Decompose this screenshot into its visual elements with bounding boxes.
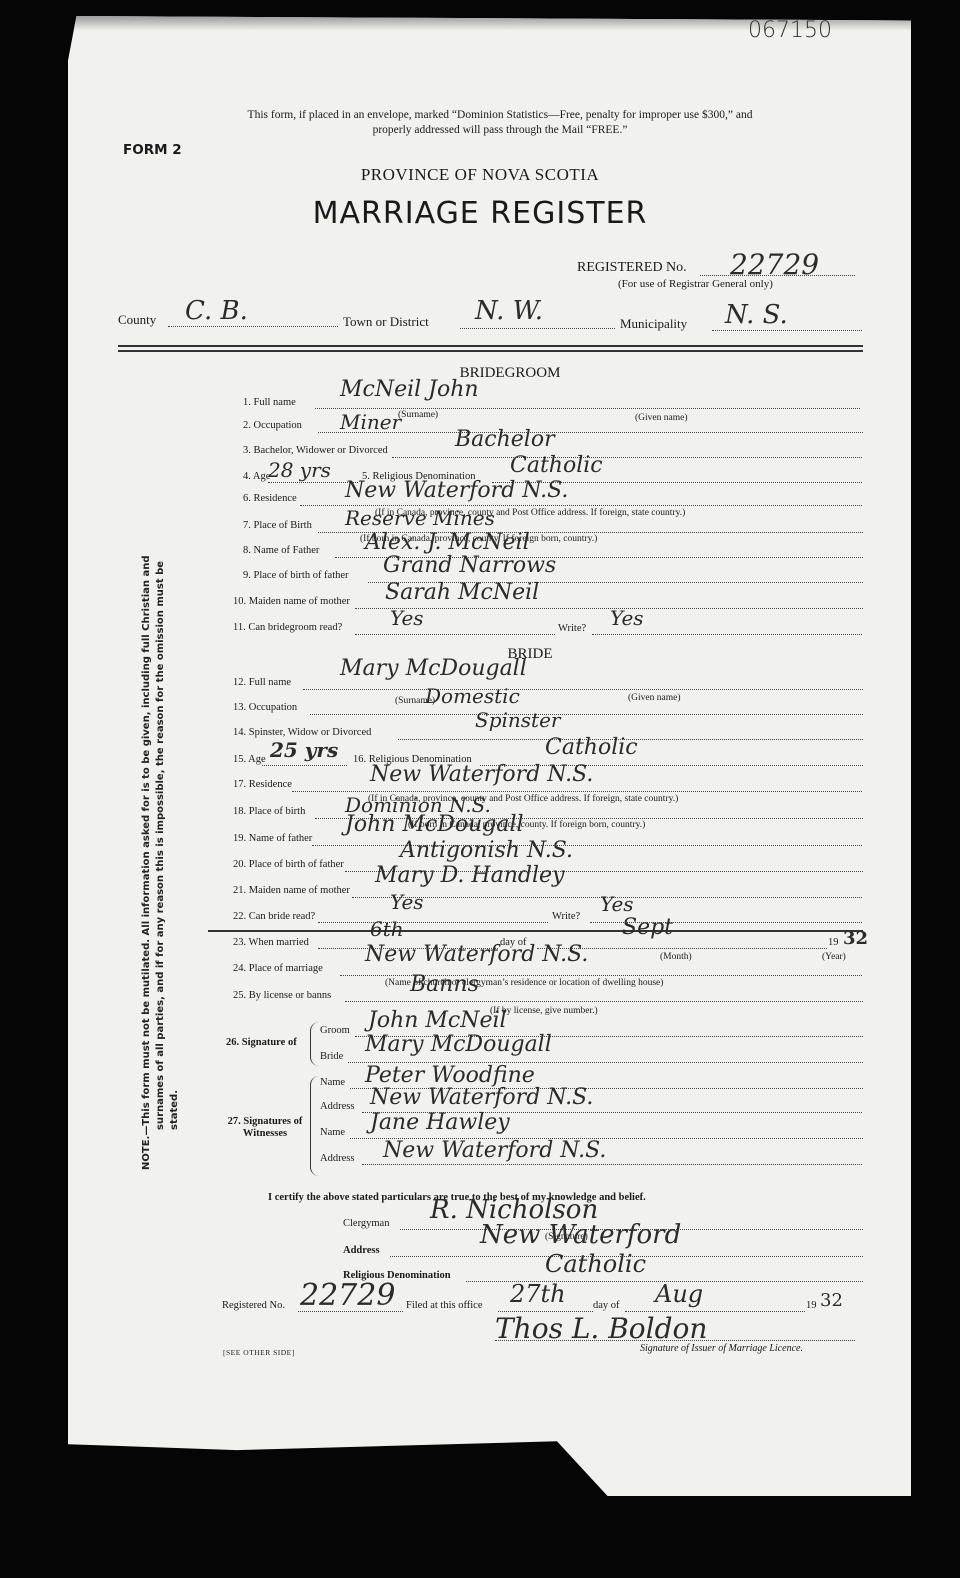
license-banns-label: 25. By license or banns [233,990,331,1001]
groom-father-label: 8. Name of Father [243,545,319,556]
groom-surname-hint: (Surname) [398,410,438,420]
bride-divider [208,930,863,932]
license-banns-field[interactable]: Banns [410,972,479,997]
clergyman-address-label: Address [343,1245,380,1256]
witness-brace [310,1076,319,1176]
groom-write-label: Write? [558,623,586,634]
marriage-register-page [68,16,911,1496]
groom-read-field[interactable]: Yes [390,606,424,630]
groom-write-field[interactable]: Yes [610,606,644,630]
place-of-marriage-label: 24. Place of marriage [233,963,323,974]
witnesses-label: 27. Signatures of Witnesses [215,1116,315,1140]
filed-day-field[interactable]: 27th [510,1280,566,1308]
groom-occupation-field[interactable]: Miner [340,410,401,434]
witness2-address-label: Address [320,1153,354,1164]
bride-mother-field[interactable]: Mary D. Handley [375,863,564,888]
header-divider [118,345,863,347]
bride-residence-field[interactable]: New Waterford N.S. [370,762,593,787]
groom-full-name-field[interactable]: McNeil John [340,377,479,402]
bride-occupation-field[interactable]: Domestic [425,684,520,708]
side-note-line2: surnames of all parties, and if for any … [154,550,182,1170]
bride-full-name-label: 12. Full name [233,677,291,688]
municipality-label: Municipality [620,316,687,332]
witness1-address-label: Address [320,1101,354,1112]
groom-mother-field[interactable]: Sarah McNeil [385,580,539,605]
bride-full-name-field[interactable]: Mary McDougall [340,656,527,681]
groom-status-label: 3. Bachelor, Widower or Divorced [243,445,388,456]
see-other-side-note: [SEE OTHER SIDE] [223,1348,295,1357]
groom-age-field[interactable]: 28 yrs [268,458,331,482]
bride-father-field[interactable]: John McDougall [345,812,524,837]
witness2-name-field[interactable]: Jane Hawley [370,1110,510,1135]
issuer-signature-field[interactable]: Thos L. Boldon [495,1312,707,1345]
groom-mother-label: 10. Maiden name of mother [233,596,350,607]
groom-father-birthplace-field[interactable]: Grand Narrows [383,553,556,578]
month-hint: (Month) [660,952,692,962]
bride-occupation-label: 13. Occupation [233,702,297,713]
groom-age-label: 4. Age [243,471,270,482]
groom-read-label: 11. Can bridegroom read? [233,622,342,633]
county-label: County [118,312,156,328]
clergyman-address-field[interactable]: New Waterford [480,1220,681,1250]
side-note: NOTE.—This form must not be mutilated. A… [140,550,182,1170]
bride-write-field[interactable]: Yes [600,892,634,916]
registered-number-label: REGISTERED No. [577,260,687,276]
groom-occupation-label: 2. Occupation [243,420,302,431]
postal-notice-line2: properly addressed will pass through the… [150,123,850,138]
side-note-line1: NOTE.—This form must not be mutilated. A… [140,550,154,1170]
signature-brace [310,1022,319,1066]
year-prefix: 19 [828,937,839,948]
issuer-label: Signature of Issuer of Marriage Licence. [640,1343,803,1354]
town-label: Town or District [343,314,429,330]
bride-residence-label: 17. Residence [233,779,292,790]
witnesses-label-line1: 27. Signatures of [215,1116,315,1128]
groom-father-field[interactable]: Alex. J. McNeil [365,530,530,555]
filed-year-field[interactable]: 32 [820,1290,843,1311]
bride-mother-label: 21. Maiden name of mother [233,885,350,896]
bride-status-field[interactable]: Spinster [475,708,560,732]
year-hint: (Year) [822,952,846,962]
denomination-field[interactable]: Catholic [545,1250,646,1278]
groom-full-name-label: 1. Full name [243,397,296,408]
town-field[interactable]: N. W. [475,296,543,326]
bride-signature-field[interactable]: Mary McDougall [365,1032,552,1057]
bride-birthplace-label: 18. Place of birth [233,806,305,817]
bride-age-field[interactable]: 25 yrs [270,738,338,762]
witness1-address-field[interactable]: New Waterford N.S. [370,1085,593,1110]
bride-signature-label: Bride [320,1051,343,1062]
place-of-marriage-field[interactable]: New Waterford N.S. [365,942,588,967]
page-title: MARRIAGE REGISTER [200,196,760,231]
filed-label: Filed at this office [406,1300,483,1311]
bride-given-hint: (Given name) [628,693,681,703]
groom-birthplace-field[interactable]: Reserve Mines [345,506,495,530]
filed-day-of-label: day of [593,1300,620,1311]
county-field[interactable]: C. B. [185,296,248,326]
witness2-name-label: Name [320,1127,345,1138]
groom-father-birthplace-label: 9. Place of birth of father [243,570,349,581]
bride-read-field[interactable]: Yes [390,890,424,914]
bride-write-label: Write? [552,911,580,922]
archive-number: 067150 [748,18,832,43]
signature-of-label: 26. Signature of [226,1037,297,1048]
groom-residence-field[interactable]: New Waterford N.S. [345,478,568,503]
groom-given-hint: (Given name) [635,413,688,423]
registrar-note: (For use of Registrar General only) [618,278,773,290]
groom-status-field[interactable]: Bachelor [455,427,555,452]
clergyman-label: Clergyman [343,1218,389,1229]
bride-status-label: 14. Spinster, Widow or Divorced [233,727,371,738]
groom-signature-field[interactable]: John McNeil [368,1008,507,1033]
filed-year-prefix: 19 [806,1300,817,1311]
bride-father-label: 19. Name of father [233,833,312,844]
groom-signature-label: Groom [320,1025,350,1036]
bride-religion-field[interactable]: Catholic [545,735,638,760]
witness1-name-label: Name [320,1077,345,1088]
bride-father-birthplace-field[interactable]: Antigonish N.S. [400,838,573,863]
filed-month-field[interactable]: Aug [655,1280,703,1308]
bride-father-birthplace-label: 20. Place of birth of father [233,859,344,870]
municipality-field[interactable]: N. S. [725,300,788,330]
marriage-month-field[interactable]: Sept [622,915,673,940]
form-label: FORM 2 [123,142,182,158]
groom-residence-label: 6. Residence [243,493,297,504]
witnesses-label-line2: Witnesses [215,1128,315,1140]
witness2-address-field[interactable]: New Waterford N.S. [383,1138,606,1163]
marriage-year-field[interactable]: 32 [843,928,868,949]
marriage-day-field[interactable]: 6th [370,917,404,941]
filing-registered-label: Registered No. [222,1300,285,1311]
groom-religion-field[interactable]: Catholic [510,453,603,478]
when-married-label: 23. When married [233,937,309,948]
filing-registered-field[interactable]: 22729 [300,1278,395,1313]
bride-age-label: 15. Age [233,754,266,765]
province-heading: PROVINCE OF NOVA SCOTIA [200,165,760,185]
postal-notice-line1: This form, if placed in an envelope, mar… [150,108,850,123]
postal-notice: This form, if placed in an envelope, mar… [150,108,850,138]
bride-read-label: 22. Can bride read? [233,911,315,922]
registered-number-value: 22729 [730,248,819,281]
header-divider-2 [118,350,863,352]
groom-birthplace-label: 7. Place of Birth [243,520,312,531]
